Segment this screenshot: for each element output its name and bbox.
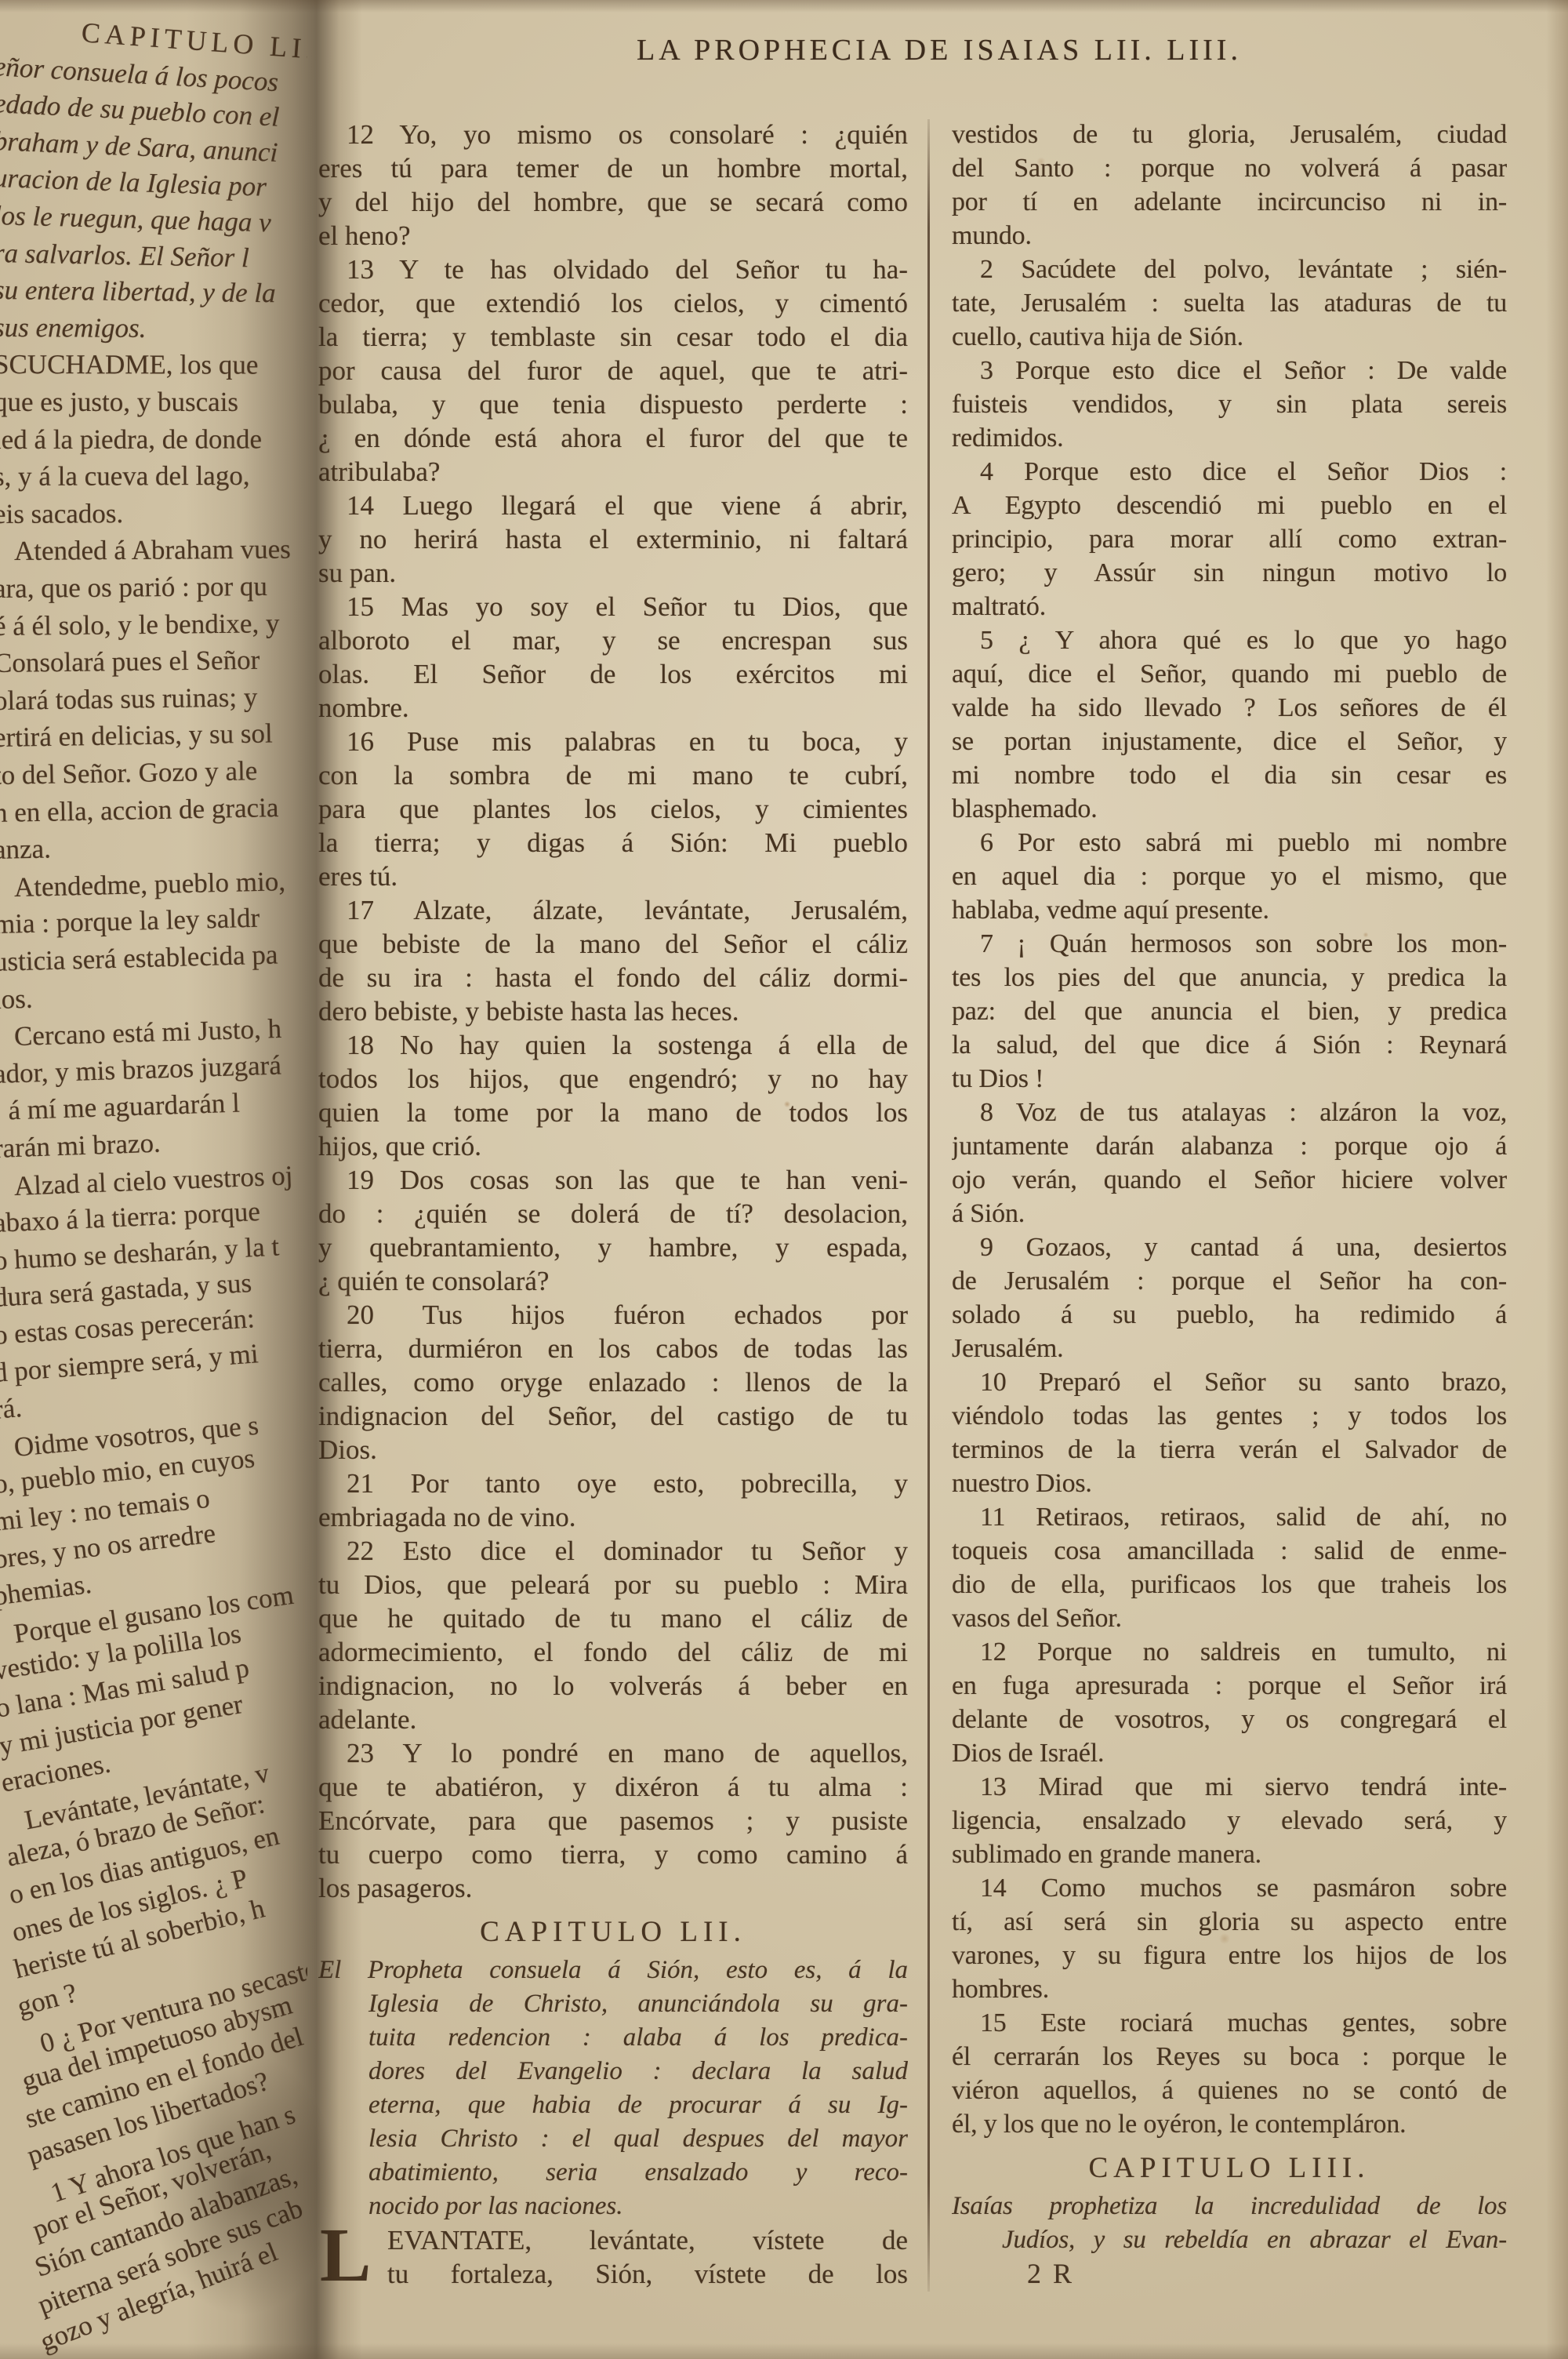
verse-line: adormecimiento, el fondo del cáliz de mi (318, 1635, 908, 1669)
left-page: CAPITULO LI.eñor consuela á los pocoseda… (0, 0, 307, 2359)
verse-line: con la sombra de mi mano te cubrí, (318, 758, 908, 792)
verse-line: 21 Por tanto oye esto, pobrecilla, y (318, 1467, 908, 1500)
verse-line: por causa del furor de aquel, que te atr… (318, 354, 908, 387)
verse-line: indignacion del Señor, del castigo de tu (318, 1399, 908, 1433)
verse-line: él, y los que no le oyéron, le contemplá… (952, 2107, 1507, 2141)
verse-line: maltrató. (952, 590, 1507, 623)
verse-line: tes los pies del que anuncia, y predica … (952, 961, 1507, 994)
verse-line: que bebiste de la mano del Señor el cáli… (318, 927, 908, 961)
running-head: LA PROPHECIA DE ISAIAS LII. LIII. (318, 30, 1560, 71)
left-page-line: é á él solo, y le bendixe, y (0, 604, 307, 644)
verse-line: indignacion, no lo volverás á beber en (318, 1669, 908, 1703)
page-edge-right (1546, 0, 1568, 2359)
verse-line: 4 Porque esto dice el Señor Dios : (952, 455, 1507, 489)
chapter-summary-line: eterna, que habia de procurar á su Ig- (318, 2088, 908, 2122)
verse-line: 16 Puse mis palabras en tu boca, y (318, 725, 908, 758)
verse-line: 15 Este rociará muchas gentes, sobre (952, 2006, 1507, 2040)
verse-line: alboroto el mar, y se encrespan sus (318, 623, 908, 657)
chapter-summary-line: Isaías prophetiza la incredulidad de los (952, 2190, 1507, 2223)
verse-line: Jerusalém. (952, 1332, 1507, 1365)
verse-line: se portan injustamente, dice el Señor, y (952, 725, 1507, 758)
verse-line: sublimado en grande manera. (952, 1837, 1507, 1871)
verse-line-text: EVANTATE, levántate, vístete de (387, 2225, 908, 2255)
chapter-heading: CAPITULO LIII. (952, 2150, 1507, 2186)
left-page-line: s, y á la cueva del lago, (0, 457, 307, 495)
verse-line: tu Dios ! (952, 1062, 1507, 1096)
verse-line: 9 Gozaos, y cantad á una, desiertos (952, 1230, 1507, 1264)
verse-line: valde ha sido llevado ? Los señores de é… (952, 691, 1507, 725)
chapter-summary-line: abatimiento, seria ensalzado y reco- (318, 2156, 908, 2190)
verse-line: eres tú. (318, 860, 908, 893)
verse-line: 22 Esto dice el dominador tu Señor y (318, 1534, 908, 1568)
verse-line: 18 No hay quien la sostenga á ella de (318, 1028, 908, 1062)
verse-line: para que plantes los cielos, y cimientes (318, 792, 908, 826)
verse-line: 15 Mas yo soy el Señor tu Dios, que (318, 590, 908, 623)
column-rule (927, 119, 930, 2292)
verse-line: viéndolo todas las gentes ; y todos los (952, 1399, 1507, 1433)
verse-line: tu Dios, que peleará por su pueblo : Mir… (318, 1568, 908, 1601)
verse-line: 3 Porque esto dice el Señor : De valde (952, 354, 1507, 387)
verse-line: 10 Preparó el Señor su santo brazo, (952, 1365, 1507, 1399)
verse-line: tí, así será sin gloria su aspecto entre (952, 1905, 1507, 1939)
verse-line: 13 Mirad que mi siervo tendrá inte- (952, 1770, 1507, 1804)
verse-line: que he quitado de tu mano el cáliz de (318, 1601, 908, 1635)
left-page-line: su entera libertad, y de la (0, 272, 307, 313)
chapter-summary-line: Judíos, y su rebeldía en abrazar el Evan… (952, 2223, 1507, 2257)
verse-line: toqueis cosa amancillada : salid de enme… (952, 1534, 1507, 1568)
verse-line: adelante. (318, 1703, 908, 1736)
verse-line: 5 ¿ Y ahora qué es lo que yo hago (952, 623, 1507, 657)
verse-line: mi nombre todo el dia sin cesar es (952, 758, 1507, 792)
verse-line: terminos de la tierra verán el Salvador … (952, 1433, 1507, 1467)
verse-line: A Egypto descendió mi pueblo en el (952, 489, 1507, 522)
verse-line: Encórvate, para que pasemos ; y pusiste (318, 1804, 908, 1837)
verse-line: principio, para morar allí como extran- (952, 522, 1507, 556)
chapter-summary-line: dores del Evangelio : declara la salud (318, 2055, 908, 2088)
verse-line: Dios de Israél. (952, 1736, 1507, 1770)
verse-line: 8 Voz de tus atalayas : alzáron la voz, (952, 1096, 1507, 1129)
verse-line: ¿ en dónde está ahora el furor del que t… (318, 421, 908, 455)
verse-line: 13 Y te has olvidado del Señor tu ha- (318, 253, 908, 286)
left-column: 12 Yo, yo mismo os consolaré : ¿quiénere… (318, 118, 908, 2291)
chapter-summary-line: Iglesia de Christo, anunciándola su gra- (318, 1987, 908, 2021)
verse-line: 17 Alzate, álzate, levántate, Jerusalém, (318, 893, 908, 927)
verse-line: el heno? (318, 219, 908, 253)
left-page-line: to del Señor. Gozo y ale (0, 751, 307, 794)
verse-line: su pan. (318, 556, 908, 590)
verse-line: 12 Porque no saldreis en tumulto, ni (952, 1635, 1507, 1669)
book-scan-photo: CAPITULO LI.eñor consuela á los pocoseda… (0, 0, 1568, 2359)
verse-line: él cerrarán los Reyes su boca : porque l… (952, 2040, 1507, 2074)
verse-line: blasphemado. (952, 792, 1507, 826)
left-page-line: sus enemigos. (0, 310, 307, 347)
verse-line: LEVANTATE, levántate, vístete de (318, 2223, 908, 2257)
verse-line: atribulaba? (318, 455, 908, 489)
verse-line: nuestro Dios. (952, 1467, 1507, 1500)
left-page-line: eis sacados. (0, 494, 307, 533)
verse-line: 12 Yo, yo mismo os consolaré : ¿quién (318, 118, 908, 151)
left-page-line: olará todas sus ruinas; y (0, 678, 307, 719)
verse-line: 23 Y lo pondré en mano de aquellos, (318, 1736, 908, 1770)
chapter-summary-line: tuita redencion : alaba á los predica- (318, 2021, 908, 2055)
verse-line: que te abatiéron, y dixéron á tu alma : (318, 1770, 908, 1804)
signature-mark: 2 R (952, 2257, 1507, 2291)
verse-line: 19 Dos cosas son las que te han veni- (318, 1163, 908, 1197)
left-page-line: anza. (0, 824, 307, 868)
verse-line: gero; y Assúr sin ningun motivo lo (952, 556, 1507, 590)
verse-line: tu cuerpo como tierra, y como camino á (318, 1837, 908, 1871)
verse-line: la tierra; y temblaste sin cesar todo el… (318, 320, 908, 354)
verse-line: mundo. (952, 219, 1507, 253)
verse-line: tierra, durmiéron en los cabos de todas … (318, 1332, 908, 1365)
verse-line: y del hijo del hombre, que se secará com… (318, 185, 908, 219)
verse-line: de Jerusalém : porque el Señor ha con- (952, 1264, 1507, 1298)
left-page-line: Atendedme, pueblo mio, (13, 860, 307, 905)
verse-line: delante de vosotros, y os congregará el (952, 1703, 1507, 1736)
left-page-line: ara, que os parió : por qu (0, 568, 307, 607)
left-page-line: n en ella, accion de gracia (0, 787, 307, 831)
verse-line: la tierra; y digas á Sión: Mi pueblo (318, 826, 908, 860)
chapter-summary-line: lesia Christo : el qual despues del mayo… (318, 2122, 908, 2156)
left-page-line: SCUCHADME, los que (0, 347, 307, 383)
verse-line: juntamente darán alabanza : porque ojo á (952, 1129, 1507, 1163)
verse-line: 7 ¡ Quán hermosos son sobre los mon- (952, 927, 1507, 961)
chapter-summary-line: El Propheta consuela á Sión, esto es, á … (318, 1954, 908, 1987)
verse-line: 20 Tus hijos fuéron echados por (318, 1298, 908, 1332)
verse-line: vasos del Señor. (952, 1601, 1507, 1635)
verse-line: del Santo : porque no volverá á pasar (952, 151, 1507, 185)
chapter-summary-line: nocido por las naciones. (318, 2190, 908, 2223)
verse-line: tate, Jerusalém : suelta las ataduras de… (952, 286, 1507, 320)
left-page-line: led á la piedra, de donde (0, 421, 307, 458)
verse-line: viéron aquellos, á quienes no se contó d… (952, 2074, 1507, 2107)
verse-line: calles, como oryge enlazado : llenos de … (318, 1365, 908, 1399)
verse-line: ojo verán, quando el Señor hiciere volve… (952, 1163, 1507, 1197)
left-page-line: Atended á Abraham vues (14, 531, 307, 569)
left-page-line: que es justo, y buscais (0, 384, 307, 420)
verse-line: los pasageros. (318, 1871, 908, 1905)
verse-line: Dios. (318, 1433, 908, 1467)
verse-line: ¿ quién te consolará? (318, 1264, 908, 1298)
verse-line: por tí en adelante incircunciso ni in- (952, 185, 1507, 219)
verse-line: la salud, del que dice á Sión : Reynará (952, 1028, 1507, 1062)
verse-line: 14 Como muchos se pasmáron sobre (952, 1871, 1507, 1905)
verse-line: olas. El Señor de los exércitos mi (318, 657, 908, 691)
verse-line: dero bebiste, y bebiste hasta las heces. (318, 994, 908, 1028)
verse-line: y quebrantamiento, y hambre, y espada, (318, 1230, 908, 1264)
verse-line: 14 Luego llegará el que viene á abrir, (318, 489, 908, 522)
verse-line: paz: del que anuncia el bien, y predica (952, 994, 1507, 1028)
verse-line: cedor, que extendió los cielos, y ciment… (318, 286, 908, 320)
verse-line: y no herirá hasta el exterminio, ni falt… (318, 522, 908, 556)
verse-line: nombre. (318, 691, 908, 725)
verse-line: varones, y su figura entre los hijos de … (952, 1939, 1507, 1972)
verse-line: do : ¿quién se dolerá de tí? desolacion, (318, 1197, 908, 1230)
verse-line: de su ira : hasta el fondo del cáliz dor… (318, 961, 908, 994)
verse-line: bulaba, y que tenia dispuesto perderte : (318, 387, 908, 421)
verse-line: ligencia, ensalzado y elevado será, y (952, 1804, 1507, 1837)
verse-line: á Sión. (952, 1197, 1507, 1230)
verse-line: en fuga apresurada : porque el Señor irá (952, 1669, 1507, 1703)
verse-line: fuisteis vendidos, y sin plata sereis (952, 387, 1507, 421)
verse-line: dio de ella, purificaos los que traheis … (952, 1568, 1507, 1601)
verse-line: embriagada no de vino. (318, 1500, 908, 1534)
verse-line: en aquel dia : porque yo el mismo, que (952, 860, 1507, 893)
left-page-line: ertirá en delicias, y su sol (0, 714, 307, 757)
verse-line: todos los hijos, que engendró; y no hay (318, 1062, 908, 1096)
verse-line: solado á su pueblo, ha redimido á (952, 1298, 1507, 1332)
verse-line: aquí, dice el Señor, quando mi pueblo de (952, 657, 1507, 691)
verse-line: vestidos de tu gloria, Jerusalém, ciudad (952, 118, 1507, 151)
verse-line: hombres. (952, 1972, 1507, 2006)
verse-line: eres tú para temer de un hombre mortal, (318, 151, 908, 185)
verse-line: 2 Sacúdete del polvo, levántate ; sién- (952, 253, 1507, 286)
verse-line: cuello, cautiva hija de Sión. (952, 320, 1507, 354)
verse-line: quien la tome por la mano de todos los (318, 1096, 908, 1129)
verse-line: tu fortaleza, Sión, vístete de los (318, 2257, 908, 2291)
verse-line: hijos, que crió. (318, 1129, 908, 1163)
right-column: vestidos de tu gloria, Jerusalém, ciudad… (952, 118, 1507, 2291)
left-page-line: Consolará pues el Señor (0, 641, 307, 682)
verse-line: hablaba, vedme aquí presente. (952, 893, 1507, 927)
verse-line: 6 Por esto sabrá mi pueblo mi nombre (952, 826, 1507, 860)
chapter-heading: CAPITULO LII. (318, 1914, 908, 1950)
verse-line: redimidos. (952, 421, 1507, 455)
verse-line: 11 Retiraos, retiraos, salid de ahí, no (952, 1500, 1507, 1534)
